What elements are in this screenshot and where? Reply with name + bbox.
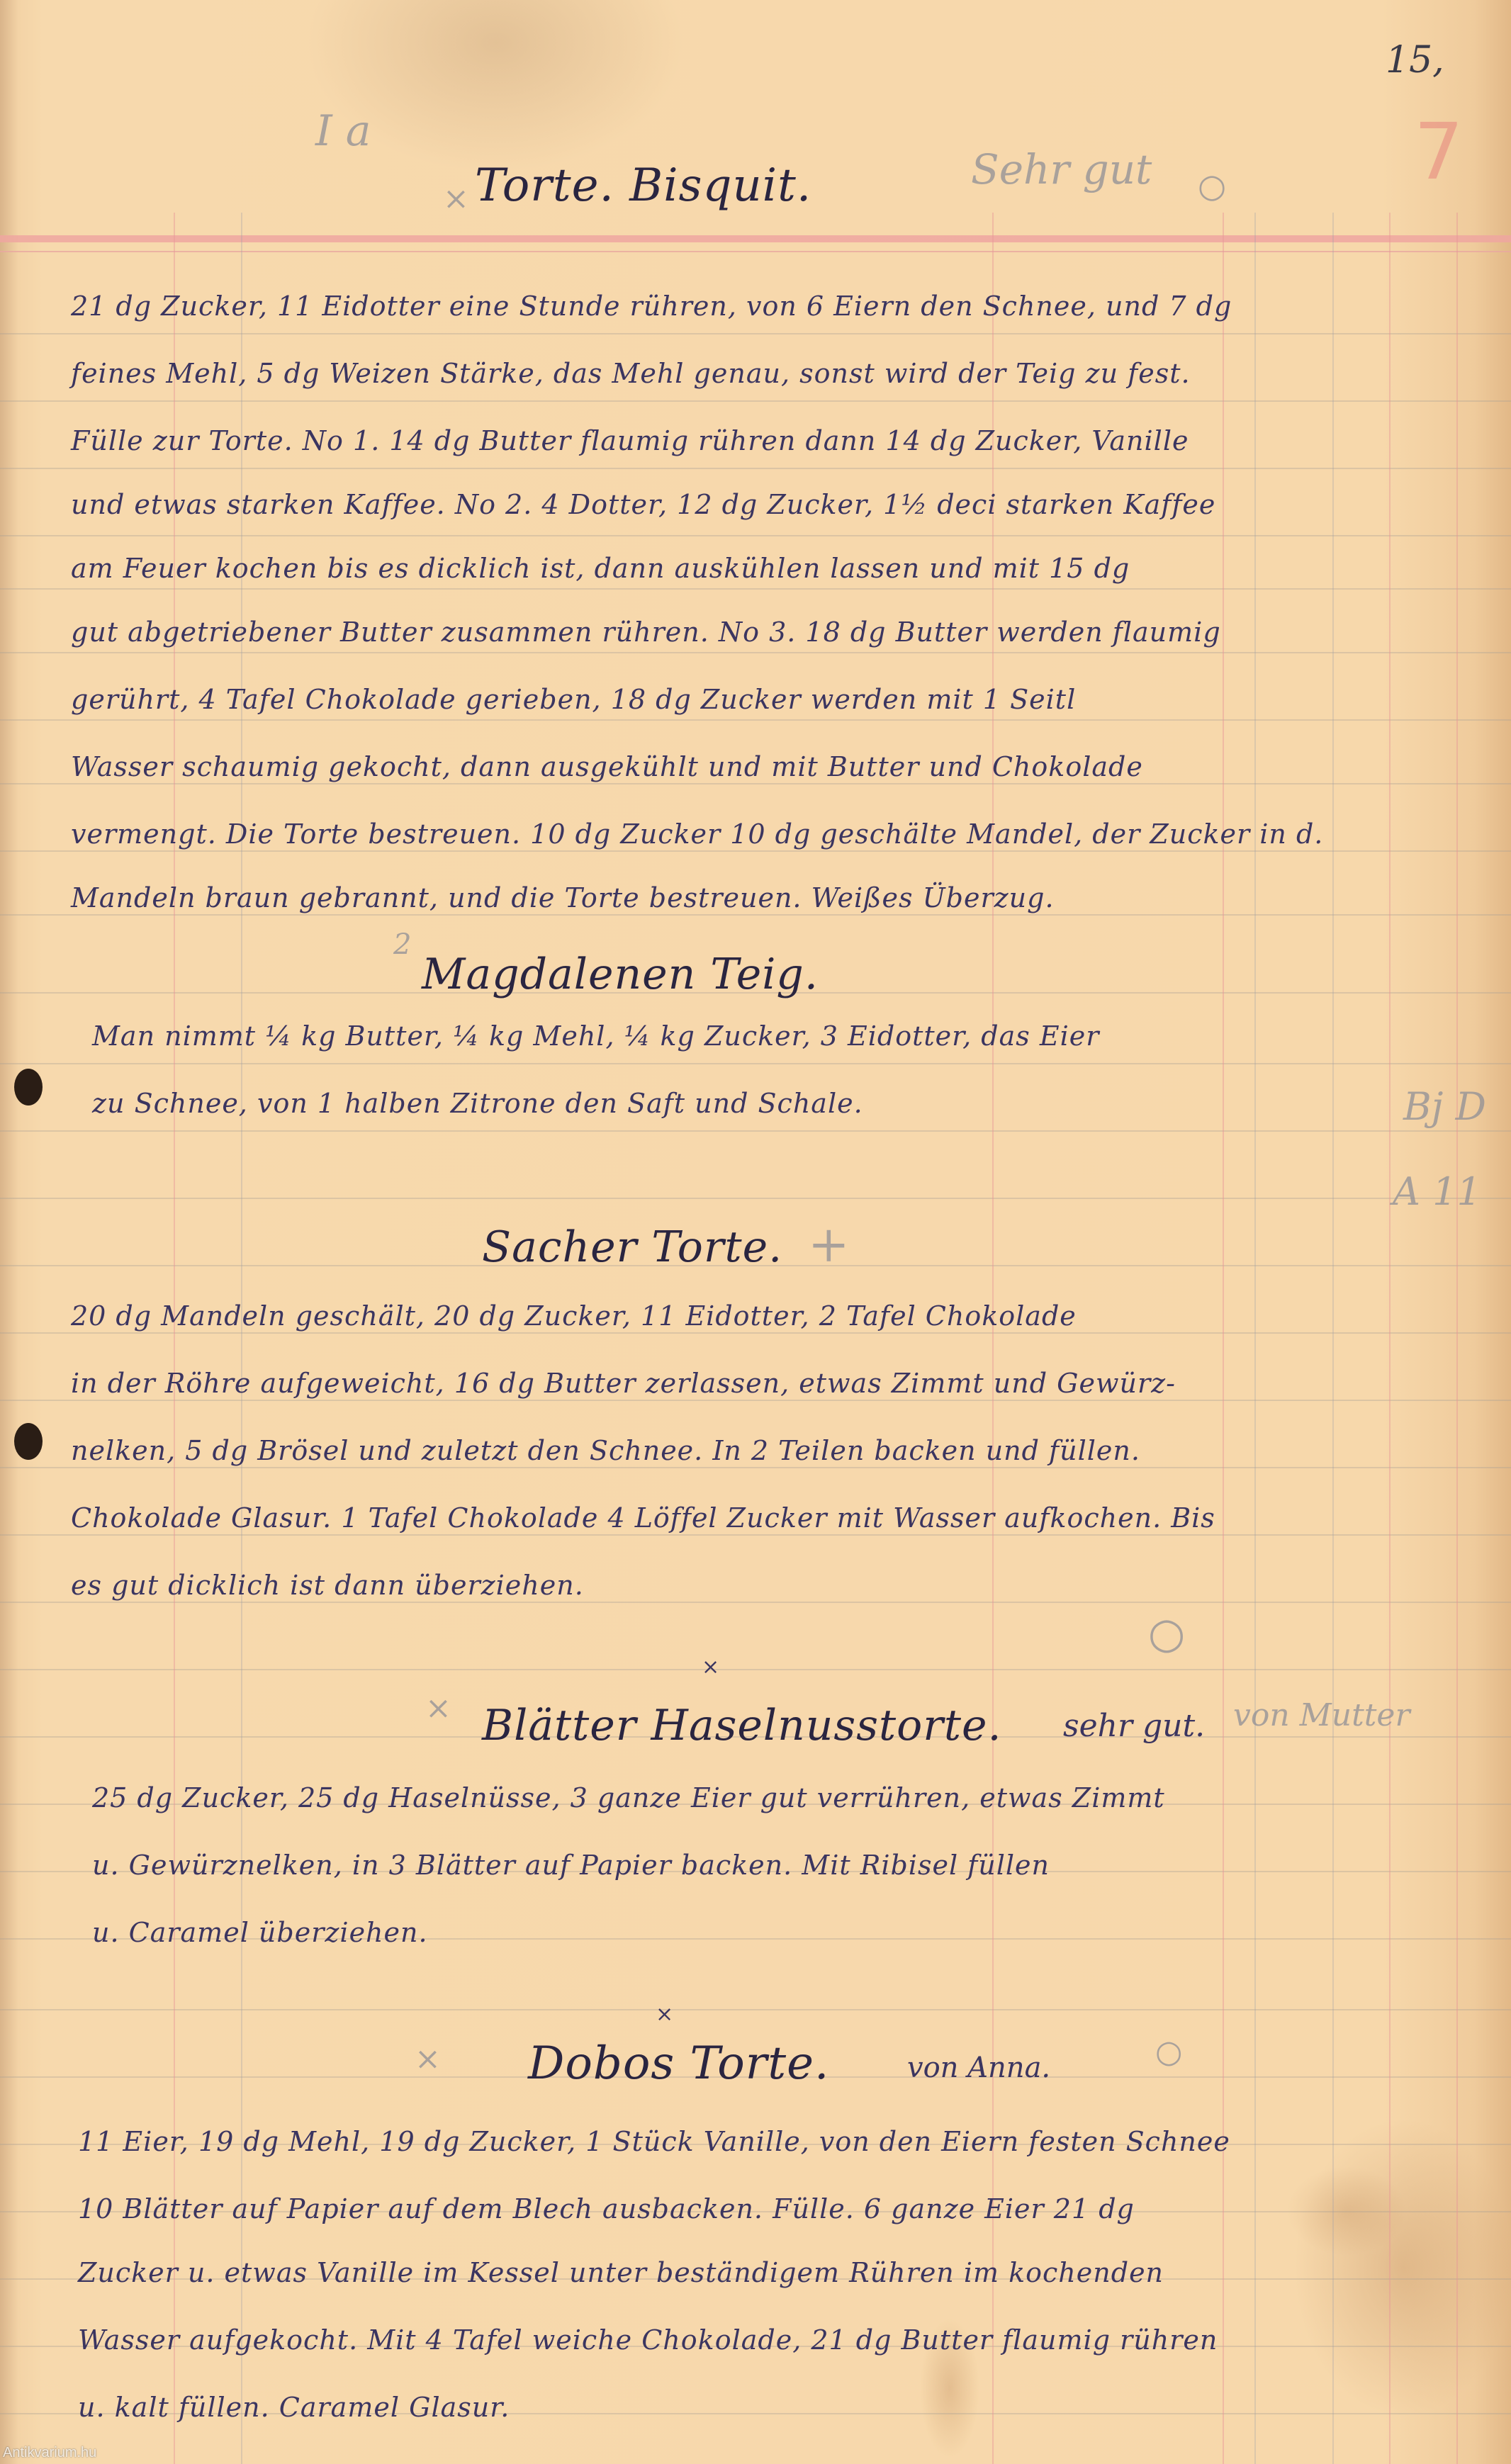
recipe-title: Sacher Torte.	[482, 1222, 782, 1272]
recipe-line: feines Mehl, 5 dg Weizen Stärke, das Meh…	[71, 358, 1191, 389]
recipe-line: und etwas starken Kaffee. No 2. 4 Dotter…	[71, 489, 1215, 520]
recipe-line: Fülle zur Torte. No 1. 14 dg Butter flau…	[71, 425, 1189, 456]
margin-mark-right-1: Bj D	[1403, 1084, 1486, 1129]
recipe-line: u. Caramel überziehen.	[92, 1917, 428, 1948]
punch-hole-bottom	[14, 1423, 43, 1460]
recipe-line: nelken, 5 dg Brösel und zuletzt den Schn…	[71, 1435, 1140, 1466]
recipe-title: Blätter Haselnusstorte.	[482, 1701, 1002, 1750]
recipe-line: Man nimmt ¼ kg Butter, ¼ kg Mehl, ¼ kg Z…	[92, 1020, 1099, 1052]
recipe-line: 21 dg Zucker, 11 Eidotter eine Stunde rü…	[71, 291, 1232, 322]
recipe-line: vermengt. Die Torte bestreuen. 10 dg Zuc…	[71, 818, 1323, 850]
recipe-rating-note: Sehr gut	[971, 145, 1152, 193]
watermark: Antikvarium.hu	[3, 2445, 96, 2461]
recipe-line: gerührt, 4 Tafel Chokolade gerieben, 18 …	[71, 684, 1076, 715]
recipe-line: Wasser aufgekocht. Mit 4 Tafel weiche Ch…	[78, 2324, 1218, 2356]
margin-mark-top-left: I a	[315, 106, 371, 156]
recipe-line: u. kalt füllen. Caramel Glasur.	[78, 2392, 510, 2423]
header-red-rule	[0, 235, 1511, 242]
cross-mark-icon: +	[808, 1215, 850, 1273]
check-mark-icon: ×	[702, 1655, 719, 1680]
recipe-line: Wasser schaumig gekocht, dann ausgekühlt…	[71, 751, 1143, 782]
margin-mark-magdalenen: 2	[393, 928, 411, 961]
x-mark-icon: ×	[425, 1690, 451, 1726]
recipe-line: 25 dg Zucker, 25 dg Haselnüsse, 3 ganze …	[92, 1782, 1165, 1813]
recipe-line: Zucker u. etwas Vanille im Kessel unter …	[78, 2257, 1164, 2288]
recipe-line: es gut dicklich ist dann überziehen.	[71, 1570, 584, 1601]
circle-mark-icon: ○	[1155, 2034, 1182, 2070]
recipe-line: 10 Blätter auf Papier auf dem Blech ausb…	[78, 2193, 1135, 2224]
recipe-title: Magdalenen Teig.	[422, 950, 819, 999]
recipe-rating-note: sehr gut.	[1063, 1708, 1205, 1744]
check-mark-icon: ×	[443, 181, 469, 217]
recipe-line: in der Röhre aufgeweicht, 16 dg Butter z…	[71, 1368, 1176, 1399]
recipe-line: am Feuer kochen bis es dicklich ist, dan…	[71, 553, 1130, 584]
recipe-line: u. Gewürznelken, in 3 Blätter auf Papier…	[92, 1850, 1050, 1881]
recipe-title: Torte. Bisquit.	[475, 159, 811, 212]
circle-mark-icon: ○	[1148, 1609, 1185, 1658]
recipe-line: Chokolade Glasur. 1 Tafel Chokolade 4 Lö…	[71, 1502, 1215, 1534]
recipe-line: 20 dg Mandeln geschält, 20 dg Zucker, 11…	[71, 1300, 1077, 1332]
margin-mark-red: 7	[1414, 106, 1464, 197]
punch-hole-top	[14, 1069, 43, 1106]
recipe-source-note: von Anna.	[907, 2052, 1050, 2084]
recipe-line: Mandeln braun gebrannt, und die Torte be…	[71, 882, 1055, 913]
circle-mark-icon: ○	[1198, 167, 1226, 205]
check-mark-icon: ×	[656, 2002, 673, 2027]
margin-mark-right-3: von Mutter	[1233, 1697, 1410, 1733]
recipe-line: gut abgetriebener Butter zusammen rühren…	[71, 617, 1221, 648]
header-red-rule-thin	[0, 251, 1511, 252]
page-number: 15,	[1386, 39, 1444, 81]
recipe-line: zu Schnee, von 1 halben Zitrone den Saft…	[92, 1088, 863, 1119]
recipe-title: Dobos Torte.	[528, 2037, 829, 2090]
margin-mark-right-2: A 11	[1393, 1169, 1481, 1214]
x-mark-icon: ×	[415, 2041, 441, 2077]
recipe-line: 11 Eier, 19 dg Mehl, 19 dg Zucker, 1 Stü…	[78, 2126, 1230, 2157]
